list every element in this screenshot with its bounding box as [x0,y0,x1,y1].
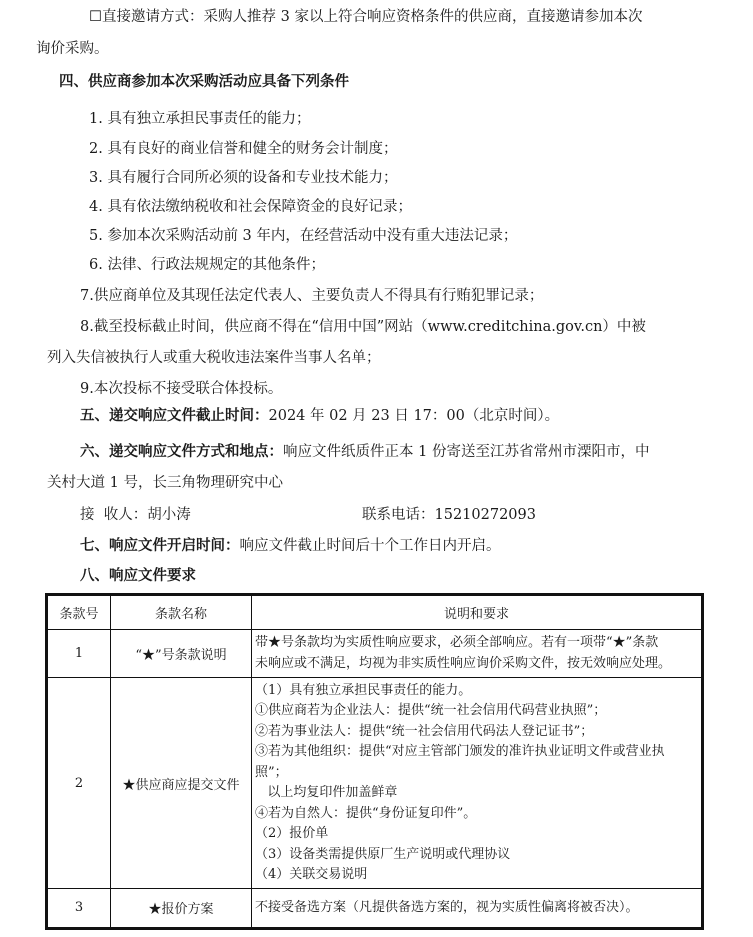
description-line: 以上均复印件加盖鲜章 [255,783,698,804]
description-line: （2）报价单 [255,824,698,845]
section5-label: 五、递交响应文件截止时间： [80,408,269,424]
section6-value: 响应文件纸质件正本 1 份寄送至江苏省常州市溧阳市，中 [283,444,649,460]
invite-text: 直接邀请方式：采购人推荐 3 家以上符合响应资格条件的供应商，直接邀请参加本次 [102,9,642,25]
description-line: ③若为其他组织：提供“对应主管部门颁发的准许执业证明文件或营业执 [255,742,698,763]
description-line: 不接受备选方案（凡提供备选方案的，视为实质性偏离将被否决）。 [255,898,698,919]
section7-opening: 七、响应文件开启时间：响应文件截止时间后十个工作日内开启。 [80,536,501,556]
clause-description: 带★号条款均为实质性响应要求，必须全部响应。若有一项带“★”条款 未响应或不满足… [252,630,703,678]
condition-item: 8.截至投标截止时间，供应商不得在“信用中国”网站（www.creditchin… [80,317,646,337]
condition-item: 7.供应商单位及其现任法定代表人、主要负责人不得具有行贿犯罪记录； [80,286,543,306]
condition-item: 1. 具有独立承担民事责任的能力； [89,109,310,129]
checkbox-icon: ☐ [89,9,102,25]
recipient: 接 收人：胡小涛 [80,505,191,525]
description-line: ④若为自然人：提供“身份证复印件”。 [255,804,698,825]
condition-item: 2. 具有良好的商业信誉和健全的财务会计制度； [89,139,397,159]
condition-item: 6. 法律、行政法规规定的其他条件； [89,255,325,275]
table-header-row: 条款号 条款名称 说明和要求 [47,595,703,630]
recipient-name: 胡小涛 [147,507,191,523]
table-row: 2 ★供应商应提交文件 （1）具有独立承担民事责任的能力。 ①供应商若为企业法人… [47,678,703,888]
clause-name: ★供应商应提交文件 [111,678,252,888]
recipient-label: 接 收人： [80,507,147,523]
description-line: ②若为事业法人：提供“统一社会信用代码法人登记证书”； [255,722,698,743]
section8-heading: 八、响应文件要求 [80,566,196,586]
description-line: （4）关联交易说明 [255,865,698,886]
header-clause-name: 条款名称 [111,595,252,630]
clause-description: 不接受备选方案（凡提供备选方案的，视为实质性偏离将被否决）。 [252,888,703,928]
clause-description: （1）具有独立承担民事责任的能力。 ①供应商若为企业法人：提供“统一社会信用代码… [252,678,703,888]
section5-deadline: 五、递交响应文件截止时间：2024 年 02 月 23 日 17：00（北京时间… [80,406,559,426]
table-row: 3 ★报价方案 不接受备选方案（凡提供备选方案的，视为实质性偏离将被否决）。 [47,888,703,928]
clause-name: ★报价方案 [111,888,252,928]
condition-item-cont: 列入失信被执行人或重大税收违法案件当事人名单； [47,348,381,368]
section5-value: 2024 年 02 月 23 日 17：00（北京时间）。 [269,408,560,424]
section4-heading: 四、供应商参加本次采购活动应具备下列条件 [59,72,349,92]
section6-submission: 六、递交响应文件方式和地点：响应文件纸质件正本 1 份寄送至江苏省常州市溧阳市，… [80,442,649,462]
clause-name: “★”号条款说明 [111,630,252,678]
description-line: （3）设备类需提供原厂生产说明或代理协议 [255,845,698,866]
condition-item: 9.本次投标不接受联合体投标。 [80,379,282,399]
section7-label: 七、响应文件开启时间： [80,538,240,554]
condition-item: 3. 具有履行合同所必须的设备和专业技术能力； [89,168,397,188]
section7-value: 响应文件截止时间后十个工作日内开启。 [240,538,501,554]
description-line: 带★号条款均为实质性响应要求，必须全部响应。若有一项带“★”条款 [255,633,698,654]
condition-item: 5. 参加本次采购活动前 3 年内，在经营活动中没有重大违法记录； [89,226,517,246]
condition-item: 4. 具有依法缴纳税收和社会保障资金的良好记录； [89,197,412,217]
clause-no: 1 [47,630,111,678]
description-line: 照”； [255,763,698,784]
section6-label: 六、递交响应文件方式和地点： [80,444,283,460]
phone-label: 联系电话： [362,507,435,523]
invite-line-cont: 询价采购。 [36,39,109,59]
clause-no: 3 [47,888,111,928]
header-description: 说明和要求 [252,595,703,630]
contact-phone: 联系电话：15210272093 [362,505,536,525]
table-row: 1 “★”号条款说明 带★号条款均为实质性响应要求，必须全部响应。若有一项带“★… [47,630,703,678]
header-clause-no: 条款号 [47,595,111,630]
section6-address-cont: 关村大道 1 号，长三角物理研究中心 [47,473,283,493]
description-line: 未响应或不满足，均视为非实质性响应询价采购文件，按无效响应处理。 [255,654,698,675]
description-line: ①供应商若为企业法人：提供“统一社会信用代码营业执照”； [255,701,698,722]
description-line: （1）具有独立承担民事责任的能力。 [255,681,698,702]
requirements-table: 条款号 条款名称 说明和要求 1 “★”号条款说明 带★号条款均为实质性响应要求… [45,593,704,930]
phone-number: 15210272093 [435,507,536,523]
clause-no: 2 [47,678,111,888]
invite-line: ☐直接邀请方式：采购人推荐 3 家以上符合响应资格条件的供应商，直接邀请参加本次 [89,7,642,27]
